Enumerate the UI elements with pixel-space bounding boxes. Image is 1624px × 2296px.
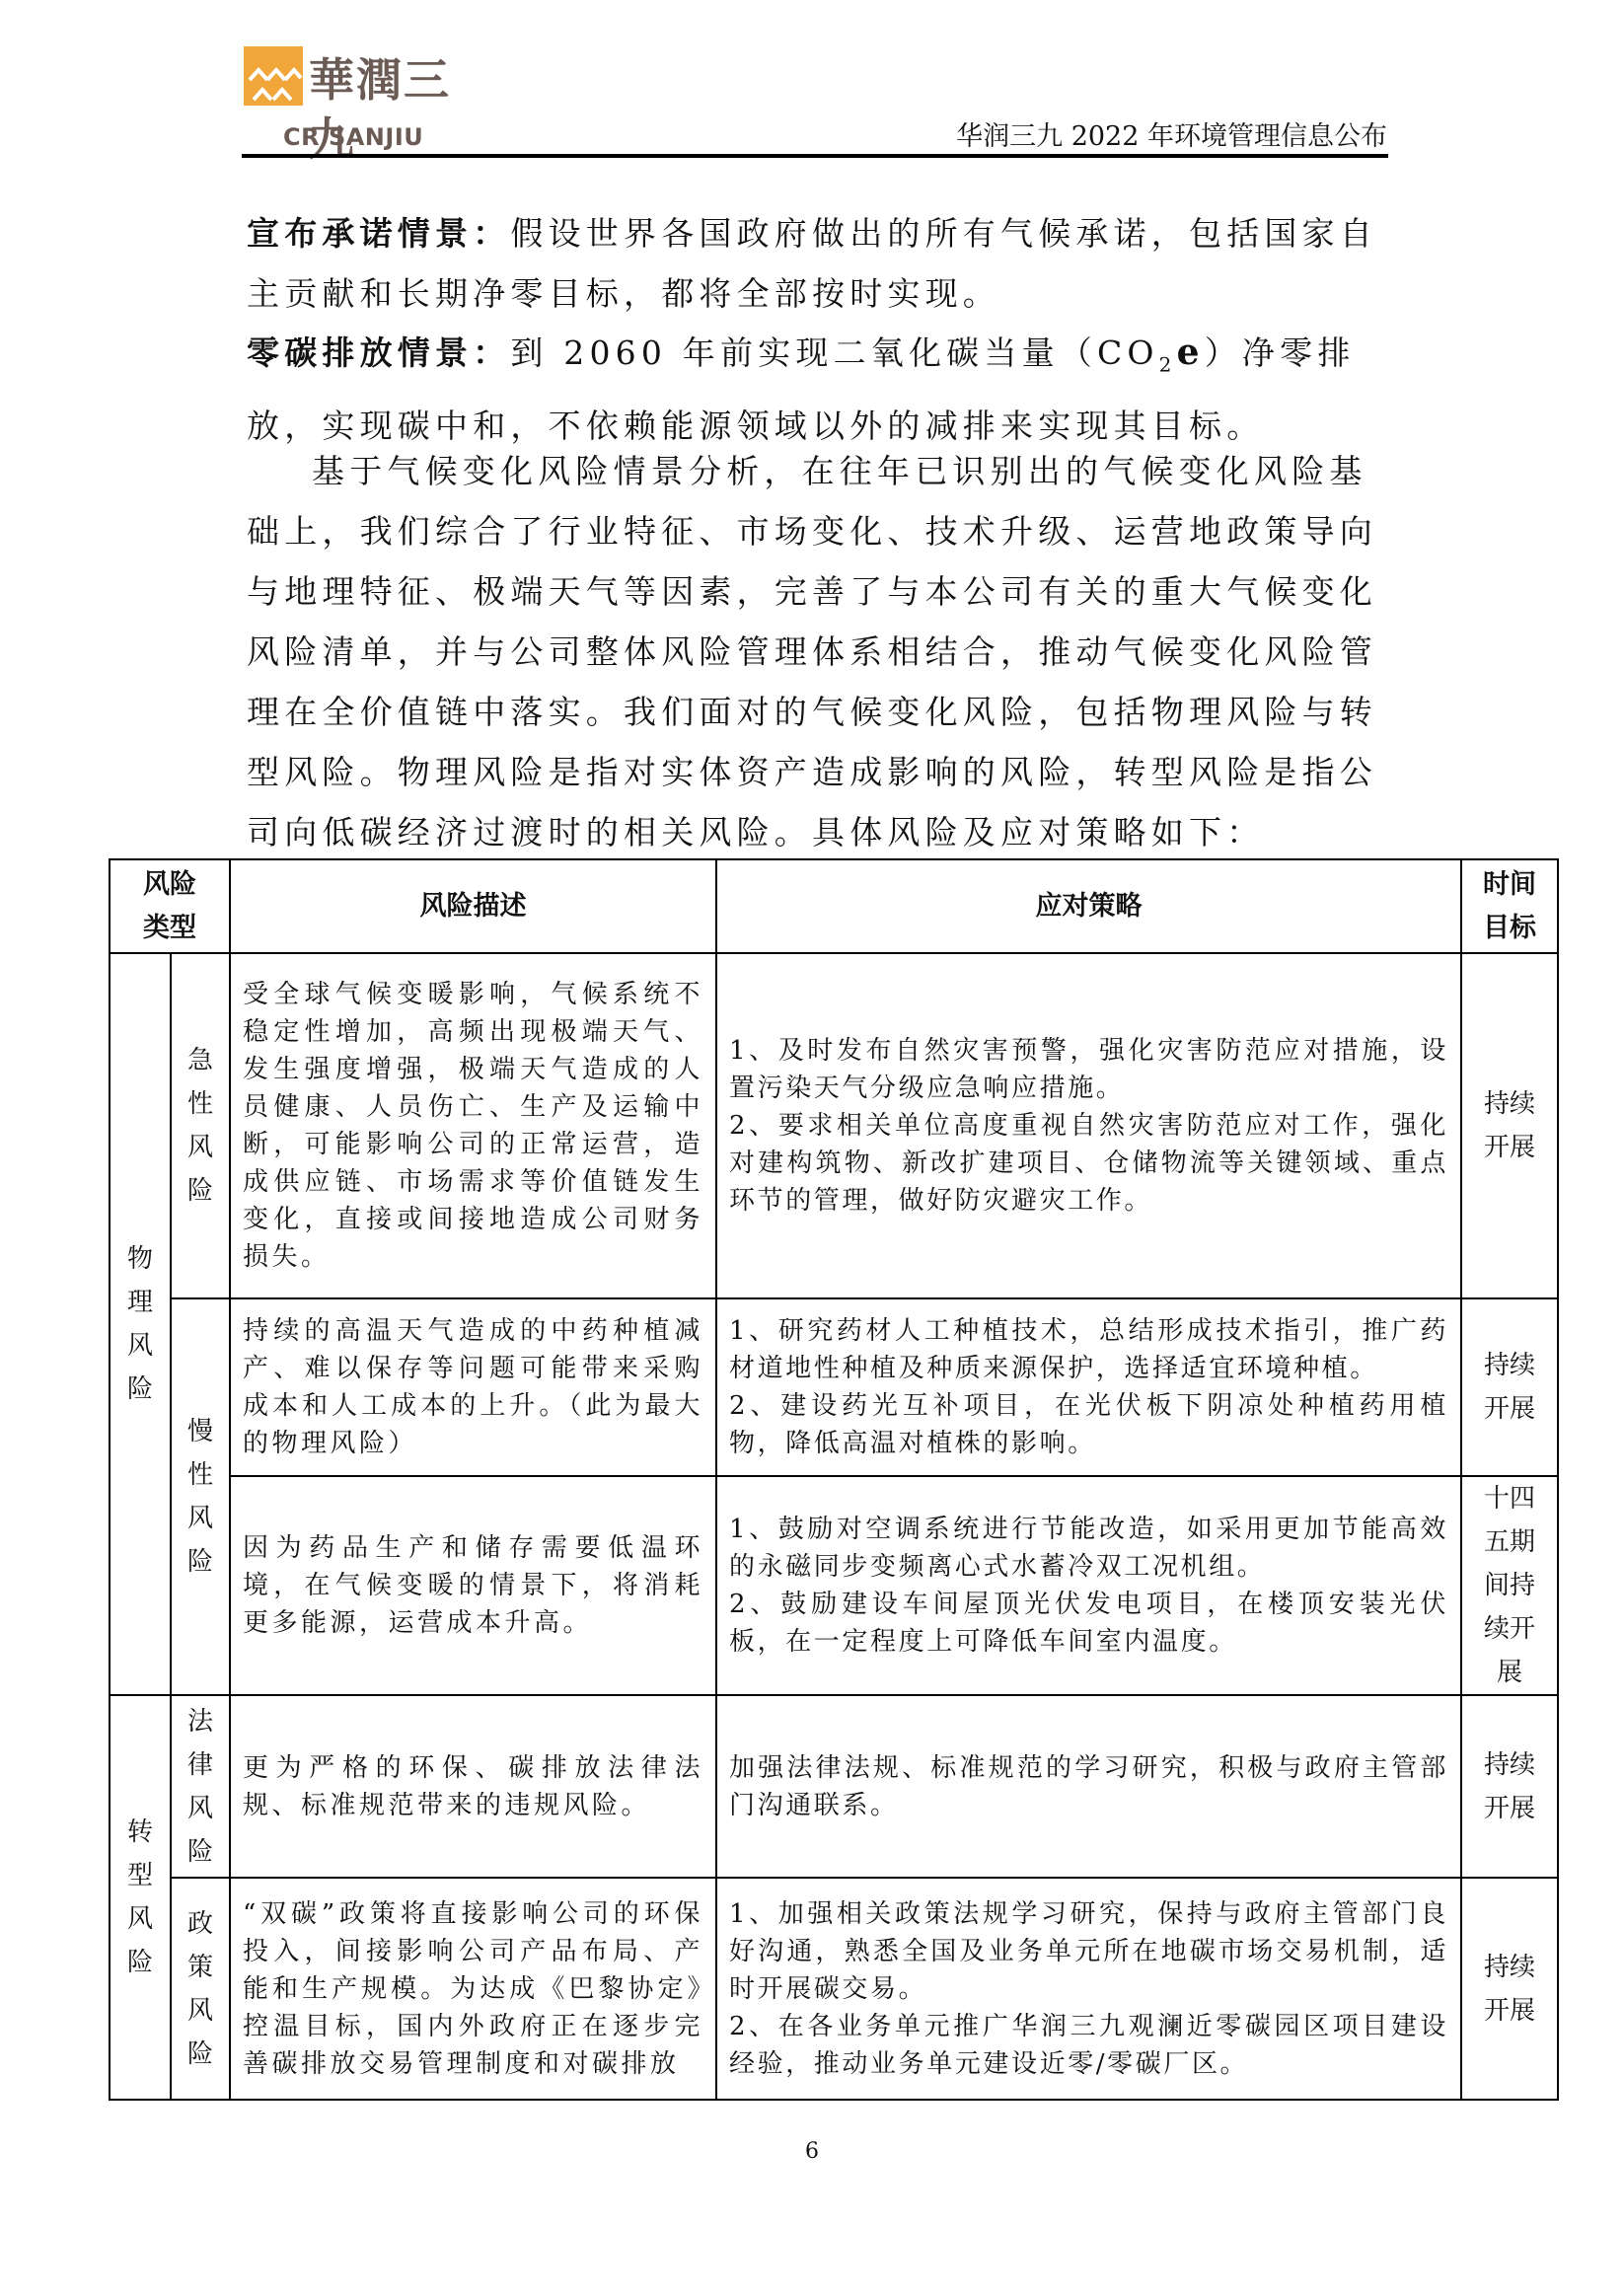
risk-description: 受全球气候变暖影响，气候系统不稳定性增加，高频出现极端天气、发生强度增强，极端天… <box>230 953 716 1298</box>
time-target: 持续开展 <box>1461 1878 1558 2100</box>
paragraph-announced-pledges-scenario: 宣布承诺情景：假设世界各国政府做出的所有气候承诺，包括国家自主贡献和长期净零目标… <box>247 203 1391 324</box>
category-physical-risk: 物理风险 <box>110 953 171 1695</box>
scenario-label: 零碳排放情景： <box>247 333 510 372</box>
header-risk-description: 风险描述 <box>230 859 716 953</box>
risk-strategy: 1、及时发布自然灾害预警，强化灾害防范应对措施，设置污染天气分级应急响应措施。 … <box>716 953 1461 1298</box>
header-risk-type: 风险类型 <box>110 859 230 953</box>
category-transition-risk: 转型风险 <box>110 1695 171 2100</box>
subtype-acute-risk: 急性风险 <box>171 953 230 1298</box>
risk-strategy: 1、加强相关政策法规学习研究，保持与政府主管部门良好沟通，熟悉全国及业务单元所在… <box>716 1878 1461 2100</box>
paragraph-net-zero-scenario: 零碳排放情景：到 2060 年前实现二氧化碳当量（CO2e）净零排放，实现碳中和… <box>247 323 1391 456</box>
table-header-row: 风险类型 风险描述 应对策略 时间目标 <box>110 859 1558 953</box>
subtype-policy-risk: 政策风险 <box>171 1878 230 2100</box>
climate-risk-table: 风险类型 风险描述 应对策略 时间目标 物理风险 急性风险 受全球气候变暖影响，… <box>109 858 1559 2101</box>
time-target: 持续开展 <box>1461 1298 1558 1476</box>
logo-english-name: CR SANJIU <box>283 123 423 151</box>
risk-description: 因为药品生产和储存需要低温环境，在气候变暖的情景下，将消耗更多能源，运营成本升高… <box>230 1476 716 1695</box>
header-divider <box>242 154 1388 158</box>
risk-strategy: 1、研究药材人工种植技术，总结形成技术指引，推广药材道地性种植及种质来源保护，选… <box>716 1298 1461 1476</box>
mountain-peaks-icon <box>244 46 303 106</box>
risk-strategy: 1、鼓励对空调系统进行节能改造，如采用更加节能高效的永磁同步变频离心式水蓄冷双工… <box>716 1476 1461 1695</box>
risk-description: “双碳”政策将直接影响公司的环保投入，间接影响公司产品布局、产能和生产规模。为达… <box>230 1878 716 2100</box>
document-header-title: 华润三九 2022 年环境管理信息公布 <box>956 114 1387 153</box>
paragraph-risk-analysis-intro: 基于气候变化风险情景分析，在往年已识别出的气候变化风险基础上，我们综合了行业特征… <box>247 441 1391 862</box>
logo-chinese-name: 華潤三九 <box>309 50 480 169</box>
table-row: 慢性风险 持续的高温天气造成的中药种植减产、难以保存等问题可能带来采购成本和人工… <box>110 1298 1558 1476</box>
header-time-target: 时间目标 <box>1461 859 1558 953</box>
header-strategy: 应对策略 <box>716 859 1461 953</box>
time-target: 持续开展 <box>1461 1695 1558 1878</box>
time-target: 十四五期间持续开展 <box>1461 1476 1558 1695</box>
scenario-label: 宣布承诺情景： <box>247 214 510 253</box>
risk-description: 持续的高温天气造成的中药种植减产、难以保存等问题可能带来采购成本和人工成本的上升… <box>230 1298 716 1476</box>
risk-description: 更为严格的环保、碳排放法律法规、标准规范带来的违规风险。 <box>230 1695 716 1878</box>
subscript-2: 2 <box>1159 353 1177 377</box>
scenario-text-part1: 到 2060 年前实现二氧化碳当量（CO <box>510 333 1158 372</box>
table-row: 政策风险 “双碳”政策将直接影响公司的环保投入，间接影响公司产品布局、产能和生产… <box>110 1878 1558 2100</box>
risk-strategy: 加强法律法规、标准规范的学习研究，积极与政府主管部门沟通联系。 <box>716 1695 1461 1878</box>
company-logo: 華潤三九 CR SANJIU <box>244 46 480 153</box>
table-row: 转型风险 法律风险 更为严格的环保、碳排放法律法规、标准规范带来的违规风险。 加… <box>110 1695 1558 1878</box>
equivalent-e: e <box>1177 332 1205 373</box>
table-row: 因为药品生产和储存需要低温环境，在气候变暖的情景下，将消耗更多能源，运营成本升高… <box>110 1476 1558 1695</box>
page-number: 6 <box>0 2139 1624 2164</box>
subtype-chronic-risk: 慢性风险 <box>171 1298 230 1695</box>
time-target: 持续开展 <box>1461 953 1558 1298</box>
table-row: 物理风险 急性风险 受全球气候变暖影响，气候系统不稳定性增加，高频出现极端天气、… <box>110 953 1558 1298</box>
subtype-legal-risk: 法律风险 <box>171 1695 230 1878</box>
